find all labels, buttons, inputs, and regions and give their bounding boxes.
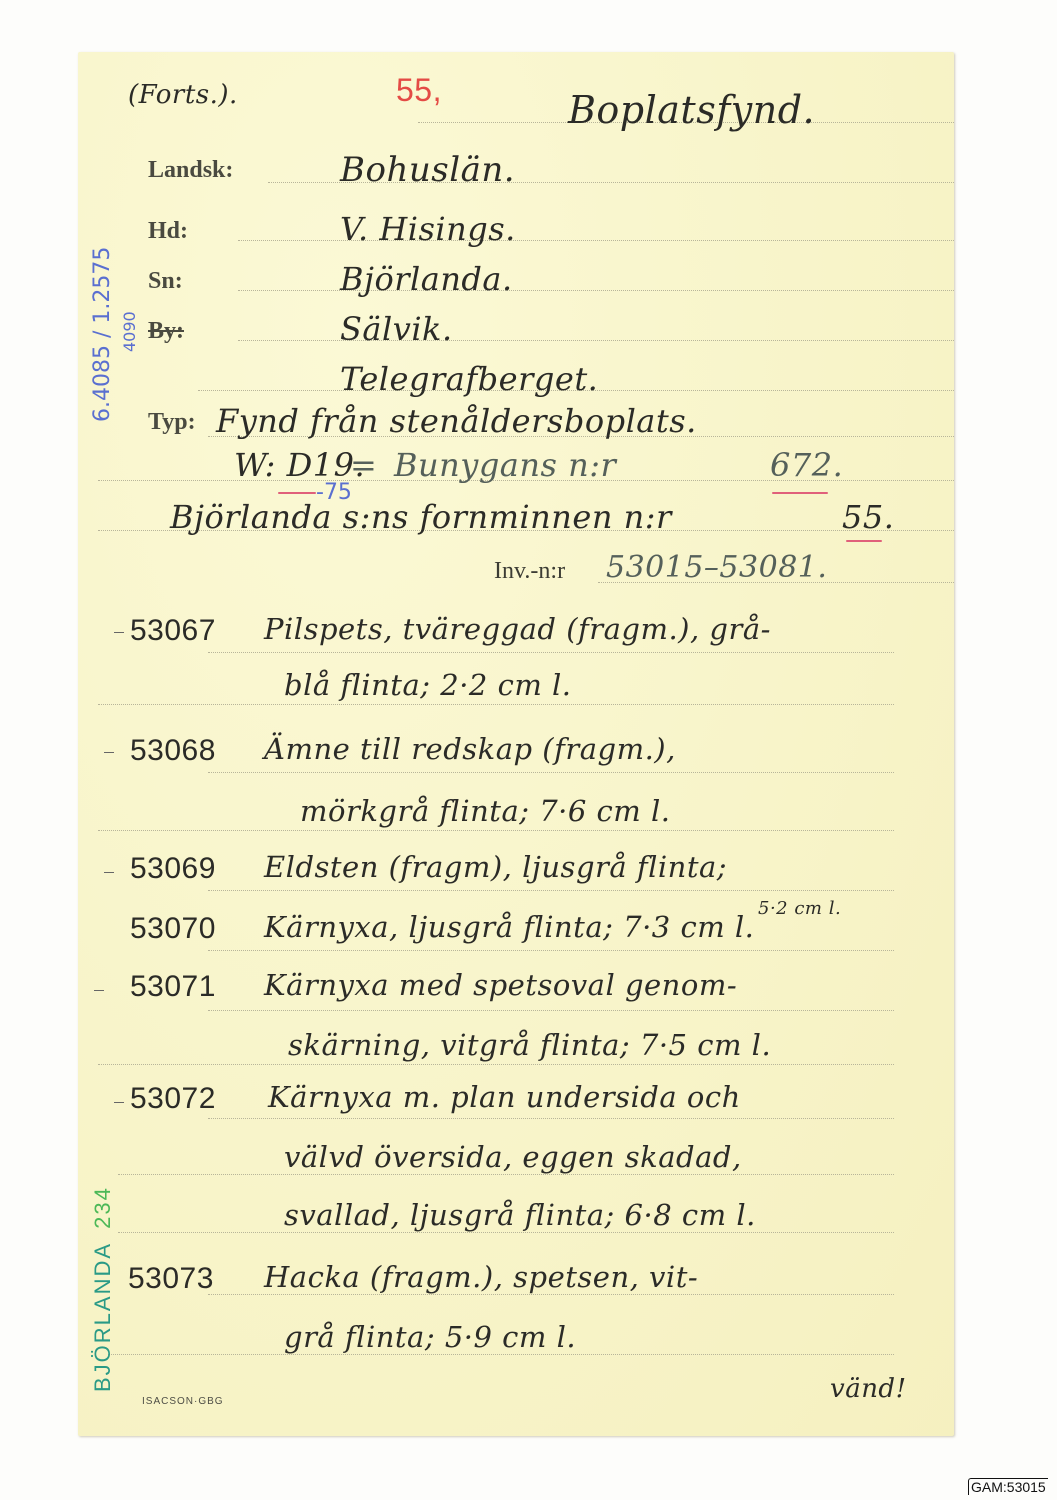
entry-line: Pilspets, tväreggad (fragm.), grå- <box>264 612 771 646</box>
red-underline <box>278 492 316 494</box>
field-label-sn: Sn: <box>148 268 183 295</box>
dotted-rule <box>98 830 894 831</box>
entry-line: välvd översida, eggen skadad, <box>284 1140 742 1174</box>
entry-line: mörkgrå flinta; 7·6 cm l. <box>300 794 671 828</box>
entry-line: grå flinta; 5·9 cm l. <box>284 1320 576 1354</box>
entry-line: Kärnyxa m. plan undersida och <box>268 1080 741 1114</box>
fornminne-number: 55. <box>842 498 894 536</box>
reference-number: 672. <box>770 446 843 484</box>
entry-number: 53071 <box>130 970 216 1004</box>
dotted-rule <box>208 772 894 773</box>
inventory-label: Inv.-n:r <box>494 558 565 585</box>
archive-id-label: GAM:53015 <box>968 1478 1048 1495</box>
field-label-hd: Hd: <box>148 218 188 245</box>
reference-text: Bunygans n:r <box>394 446 616 484</box>
dotted-rule <box>98 1064 894 1065</box>
reference-prefix: W: D19. <box>234 446 365 484</box>
field-label-by: By: <box>148 318 184 345</box>
entry-line: Kärnyxa, ljusgrå flinta; 7·3 cm l. <box>264 910 754 944</box>
dotted-rule <box>208 652 894 653</box>
dotted-rule <box>208 950 894 951</box>
entry-line: Eldsten (fragm), ljusgrå flinta; <box>264 850 727 884</box>
entry-line: svallad, ljusgrå flinta; 6·8 cm l. <box>284 1198 756 1232</box>
entry-dash <box>114 1102 124 1103</box>
field-value-hd: V. Hisings. <box>340 210 516 248</box>
dotted-rule <box>108 1354 894 1355</box>
dotted-rule <box>118 1174 894 1175</box>
catalog-card: (Forts.). 55, Boplatsfynd. Landsk: Bohus… <box>78 52 954 1436</box>
parish-stamp: BJÖRLANDA 234 <box>90 1186 116 1392</box>
margin-coords-sub: 4090 <box>120 311 139 352</box>
entry-line: Kärnyxa med spetsoval genom- <box>264 968 737 1002</box>
entry-number: 53072 <box>130 1082 216 1116</box>
entry-dash <box>104 872 114 873</box>
entry-line: blå flinta; 2·2 cm l. <box>284 668 572 702</box>
red-underline <box>846 540 882 542</box>
blue-coords: 6.4085 / 1.2575 <box>90 247 115 422</box>
inventory-range: 53015–53081. <box>606 550 827 585</box>
field-value-by: Sälvik. <box>340 310 453 348</box>
entry-number: 53070 <box>130 912 216 946</box>
field-value-sn: Björlanda. <box>340 260 513 298</box>
stamp-text: BJÖRLANDA <box>90 1242 115 1392</box>
entry-line: Ämne till redskap (fragm.), <box>264 732 676 766</box>
field-value-landsk: Bohuslän. <box>340 150 515 190</box>
dotted-rule <box>208 890 894 891</box>
entry-dash <box>104 752 114 753</box>
entry-line: skärning, vitgrå flinta; 7·5 cm l. <box>288 1028 771 1062</box>
turn-over-note: vänd! <box>830 1374 907 1404</box>
dotted-rule <box>208 1294 894 1295</box>
entry-dash <box>114 632 124 633</box>
reference-equals: = <box>350 446 377 484</box>
dotted-rule <box>118 1232 894 1233</box>
dotted-rule <box>208 1118 894 1119</box>
field-value-place: Telegrafberget. <box>340 360 598 398</box>
field-value-typ: Fynd från stenåldersboplats. <box>216 402 697 440</box>
continued-label: (Forts.). <box>128 80 238 110</box>
margin-coords-note: 6.4085 / 1.2575 <box>90 247 115 422</box>
dotted-rule <box>208 1010 894 1011</box>
dotted-rule <box>98 704 894 705</box>
red-underline <box>772 492 828 494</box>
field-label-landsk: Landsk: <box>148 157 233 184</box>
fornminne-text: Björlanda s:ns fornminnen n:r <box>170 498 672 536</box>
printer-imprint: ISACSON·GBG <box>142 1396 224 1407</box>
entry-number: 53068 <box>130 734 216 768</box>
entry-number: 53067 <box>130 614 216 648</box>
entry-number: 53073 <box>128 1262 214 1296</box>
entry-superscript: 5·2 cm l. <box>758 898 841 919</box>
entry-number: 53069 <box>130 852 216 886</box>
field-label-typ: Typ: <box>148 409 196 436</box>
entry-dash <box>94 990 104 991</box>
entry-line: Hacka (fragm.), spetsen, vit- <box>264 1260 698 1294</box>
stamp-number: 234 <box>90 1186 115 1229</box>
category-title: Boplatsfynd. <box>568 88 815 132</box>
card-number: 55, <box>396 72 442 109</box>
